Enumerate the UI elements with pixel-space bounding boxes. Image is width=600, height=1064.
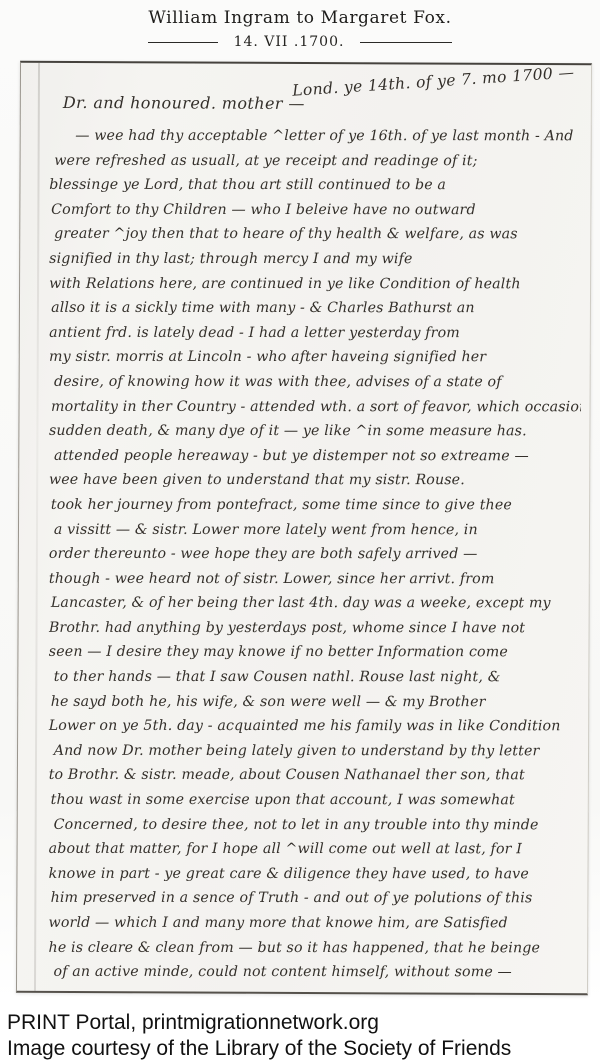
manuscript-line: wee have been given to understand that m… <box>49 468 581 493</box>
fold-crease <box>34 63 40 991</box>
manuscript-line: with Relations here, are continued in ye… <box>49 271 581 296</box>
manuscript-line: he sayd both he, his wife, & son were we… <box>49 689 581 714</box>
manuscript-line: though - wee heard not of sistr. Lower, … <box>49 567 581 592</box>
manuscript-line: him preserved in a sence of Truth - and … <box>49 886 581 911</box>
manuscript-line: my sistr. morris at Lincoln - who after … <box>49 345 581 370</box>
manuscript-line: signified in thy last; through mercy I a… <box>49 247 581 272</box>
manuscript-line: And now Dr. mother being lately given to… <box>49 739 581 764</box>
manuscript-line: desire, of knowing how it was with thee,… <box>49 370 581 395</box>
manuscript-line: were refreshed as usuall, at ye receipt … <box>49 148 581 173</box>
manuscript-line: greater ^joy then that to heare of thy h… <box>49 222 581 247</box>
manuscript-line: he is cleare & clean from — but so it ha… <box>49 935 581 960</box>
credit-line-courtesy: Image courtesy of the Library of the Soc… <box>7 1036 600 1062</box>
right-rule <box>360 42 452 43</box>
manuscript-line: allso it is a sickly time with many - & … <box>49 296 581 321</box>
left-rule <box>148 42 218 43</box>
manuscript-line: Comfort to thy Children — who I beleive … <box>49 198 581 223</box>
manuscript-line: about that matter, for I hope all ^will … <box>49 837 581 862</box>
manuscript-line: a vissitt — & sistr. Lower more lately w… <box>49 517 581 542</box>
credit-footer: PRINT Portal, printmigrationnetwork.org … <box>0 1006 600 1064</box>
salutation: Dr. and honoured. mother — <box>63 93 305 113</box>
manuscript-line: sudden death, & many dye of it — ye like… <box>49 419 581 444</box>
manuscript-line: mortality in ther Country - attended wth… <box>49 394 581 419</box>
manuscript-line: blessinge ye Lord, that thou art still c… <box>49 173 581 198</box>
manuscript-line: took her journey from pontefract, some t… <box>49 493 581 518</box>
manuscript-line: — wee had thy acceptable ^letter of ye 1… <box>49 124 581 149</box>
manuscript-line: Brothr. had anything by yesterdays post,… <box>49 616 581 641</box>
letter-date-row: 14. VII .1700. <box>0 34 600 50</box>
manuscript-line: order thereunto - wee hope they are both… <box>49 542 581 567</box>
scanned-document: William Ingram to Margaret Fox. 14. VII … <box>0 0 600 1064</box>
manuscript-line: seen — I desire they may knowe if no bet… <box>49 640 581 665</box>
manuscript-line: Concerned, to desire thee, not to let in… <box>49 812 581 837</box>
manuscript-line: to Brothr. & sistr. meade, about Cousen … <box>49 763 581 788</box>
manuscript-line: of an active minde, could not content hi… <box>49 960 581 985</box>
manuscript-page: Lond. ye 14th. of ye 7. mo 1700 — Dr. an… <box>16 61 592 995</box>
manuscript-line: Lower on ye 5th. day - acquainted me his… <box>49 714 581 739</box>
manuscript-line: antient frd. is lately dead - I had a le… <box>49 321 581 346</box>
manuscript-line: thou wast in some exercise upon that acc… <box>49 788 581 813</box>
catalog-header: William Ingram to Margaret Fox. 14. VII … <box>0 8 600 50</box>
manuscript-line: attended people hereaway - but ye distem… <box>49 444 581 469</box>
manuscript-line: to ther hands — that I saw Cousen nathl.… <box>49 665 581 690</box>
credit-line-portal: PRINT Portal, printmigrationnetwork.org <box>7 1010 600 1036</box>
manuscript-line: world — which I and many more that knowe… <box>49 911 581 936</box>
letter-title: William Ingram to Margaret Fox. <box>0 8 600 28</box>
letter-body: — wee had thy acceptable ^letter of ye 1… <box>49 124 582 985</box>
manuscript-dateline: Lond. ye 14th. of ye 7. mo 1700 — <box>292 63 575 99</box>
manuscript-line: knowe in part - ye great care & diligenc… <box>49 862 581 887</box>
manuscript-line: Lancaster, & of her being ther last 4th.… <box>49 591 581 616</box>
letter-date: 14. VII .1700. <box>234 34 345 50</box>
